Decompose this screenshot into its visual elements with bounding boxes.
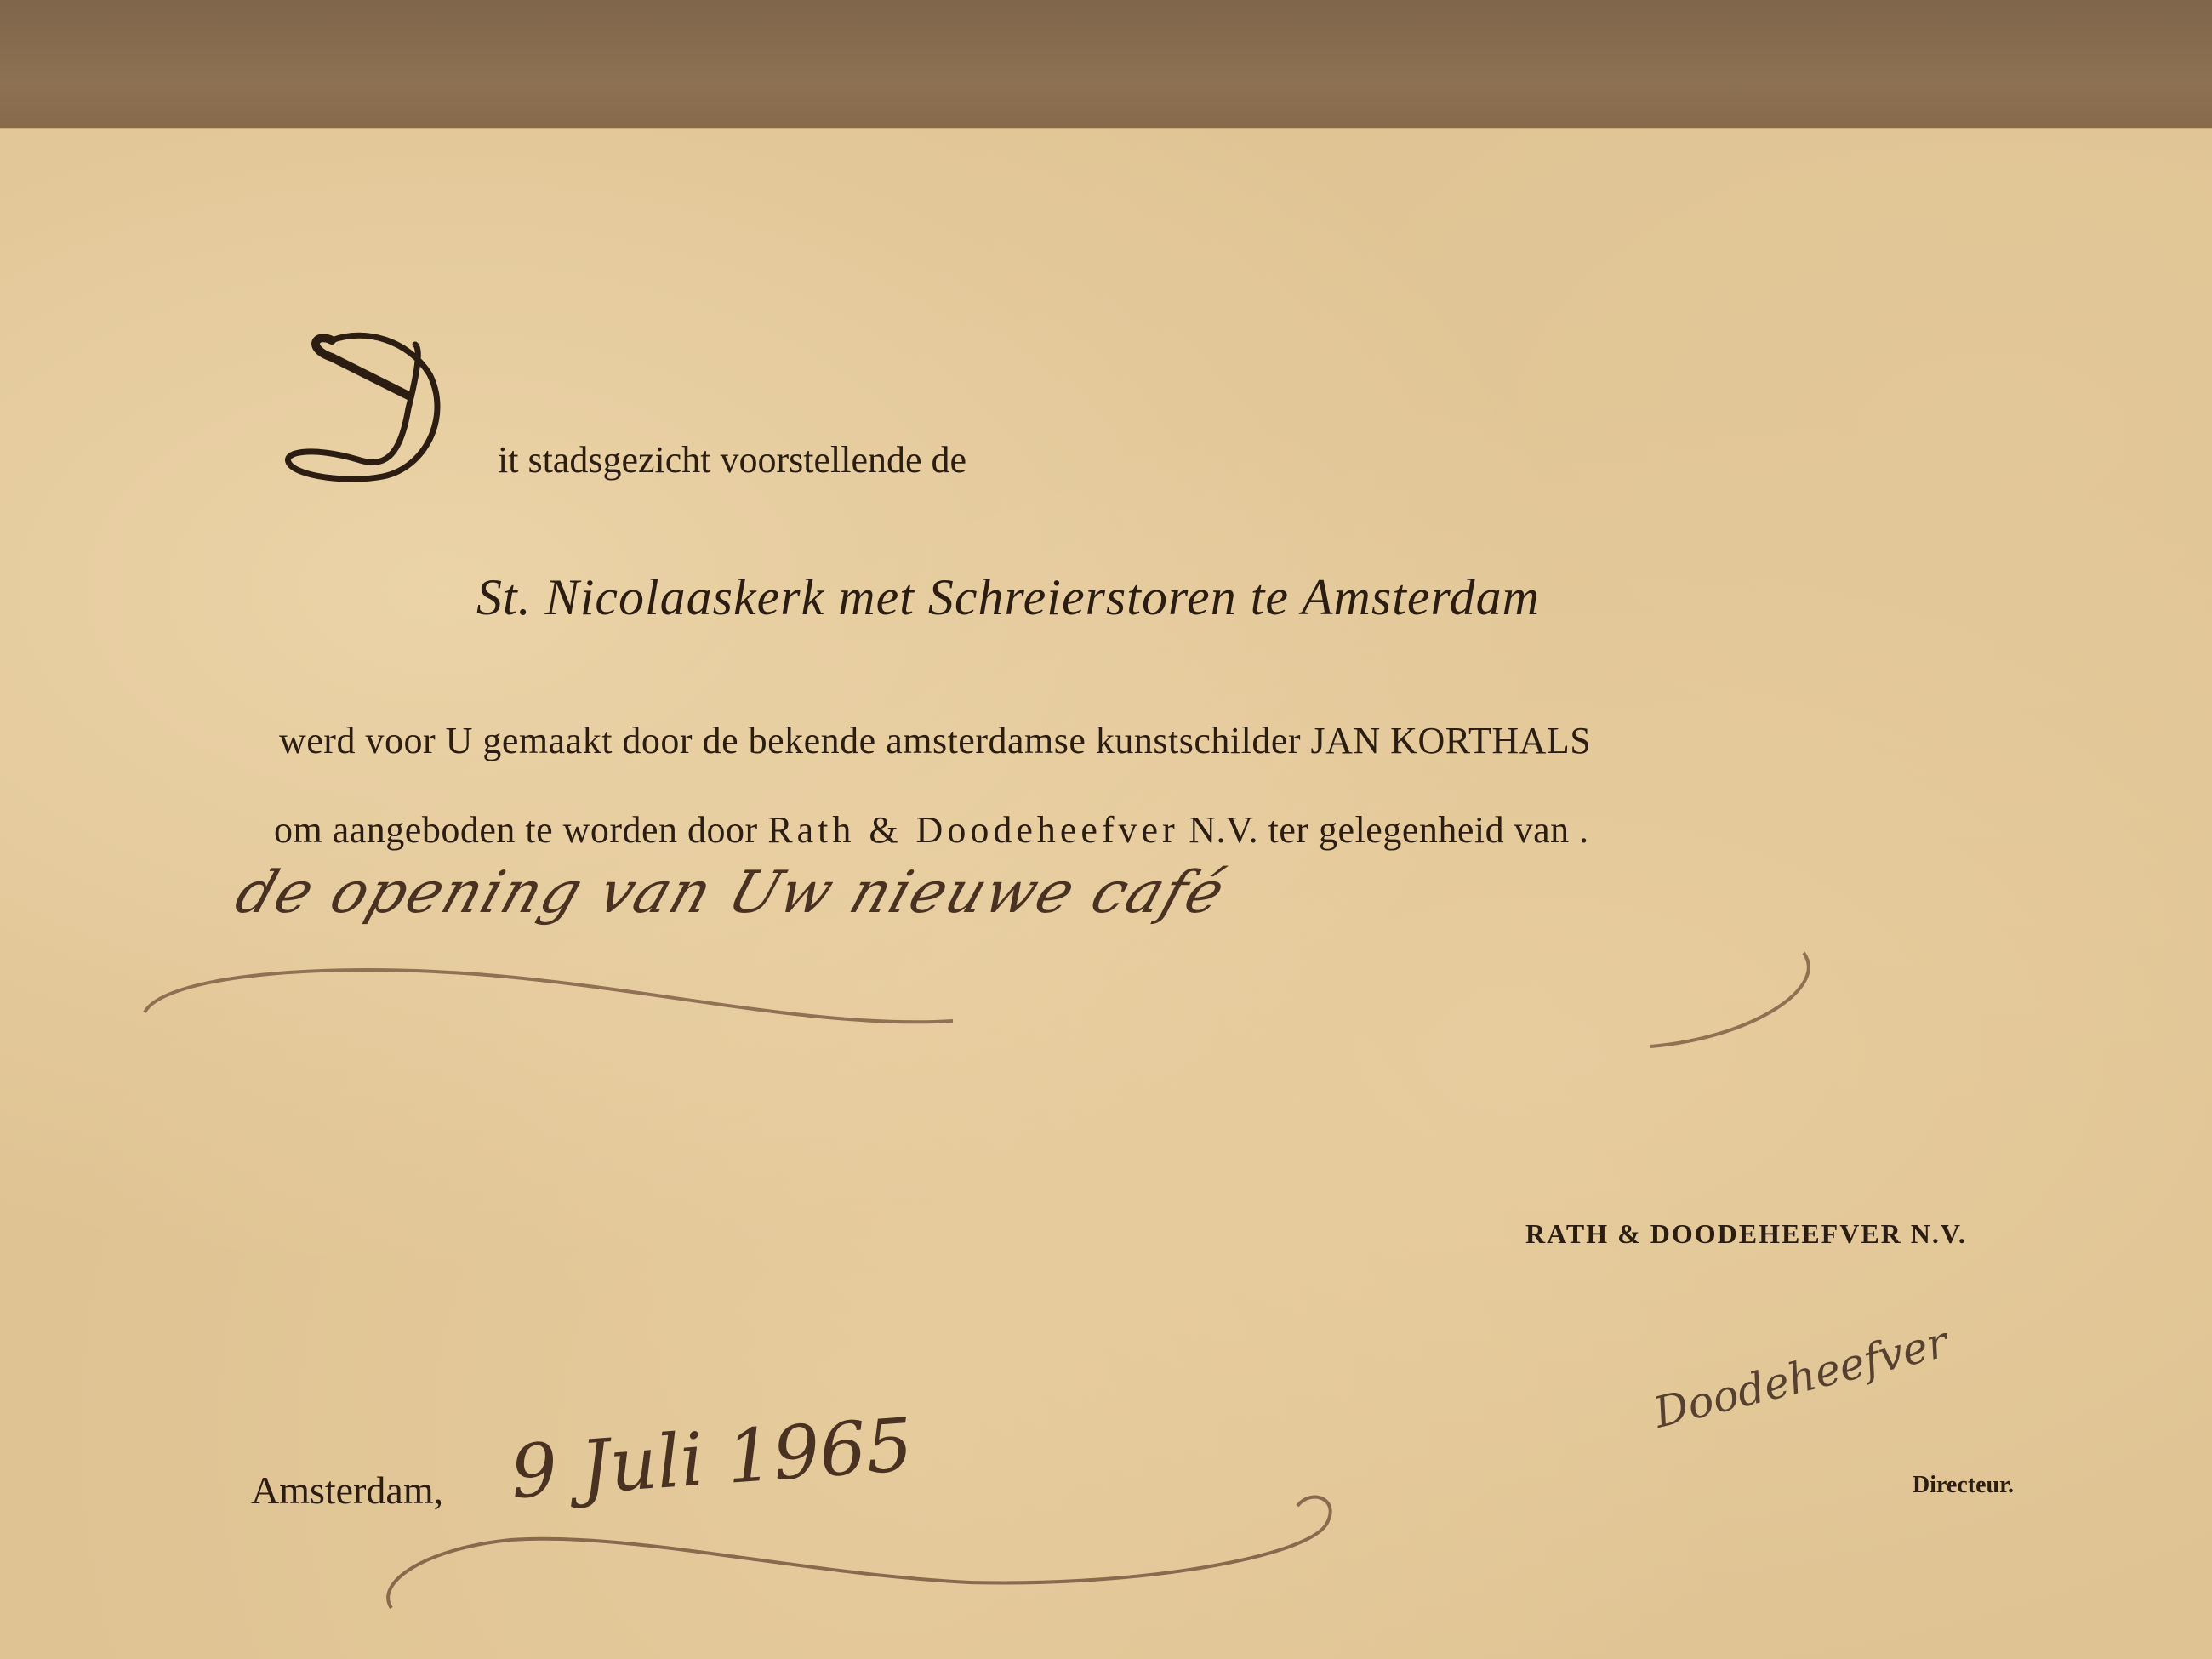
presenter-text: om aangeboden te worden door Rath & Dood… <box>274 808 1589 852</box>
artist-text: werd voor U gemaakt door de bekende amst… <box>279 719 1591 762</box>
artwork-title: St. Nicolaaskerk met Schreierstoren te A… <box>476 568 1540 627</box>
handwritten-occasion: de opening van Uw nieuwe café <box>227 859 1234 926</box>
date-flourish <box>374 1480 1353 1625</box>
intro-text: it stadsgezicht voorstellende de <box>498 438 966 482</box>
backing-board <box>0 0 2212 136</box>
presenter-post: N.V. ter gelegenheid van . <box>1179 809 1589 851</box>
presenter-company: Rath & Doodeheefver <box>767 809 1179 851</box>
signatory-role: Directeur. <box>1913 1472 2014 1499</box>
occasion-flourish <box>136 927 1923 1063</box>
presenter-pre: om aangeboden te worden door <box>274 809 767 851</box>
decorative-initial-d <box>281 323 502 493</box>
company-signature-block: RATH & DOODEHEEFVER N.V. <box>1525 1218 1967 1250</box>
